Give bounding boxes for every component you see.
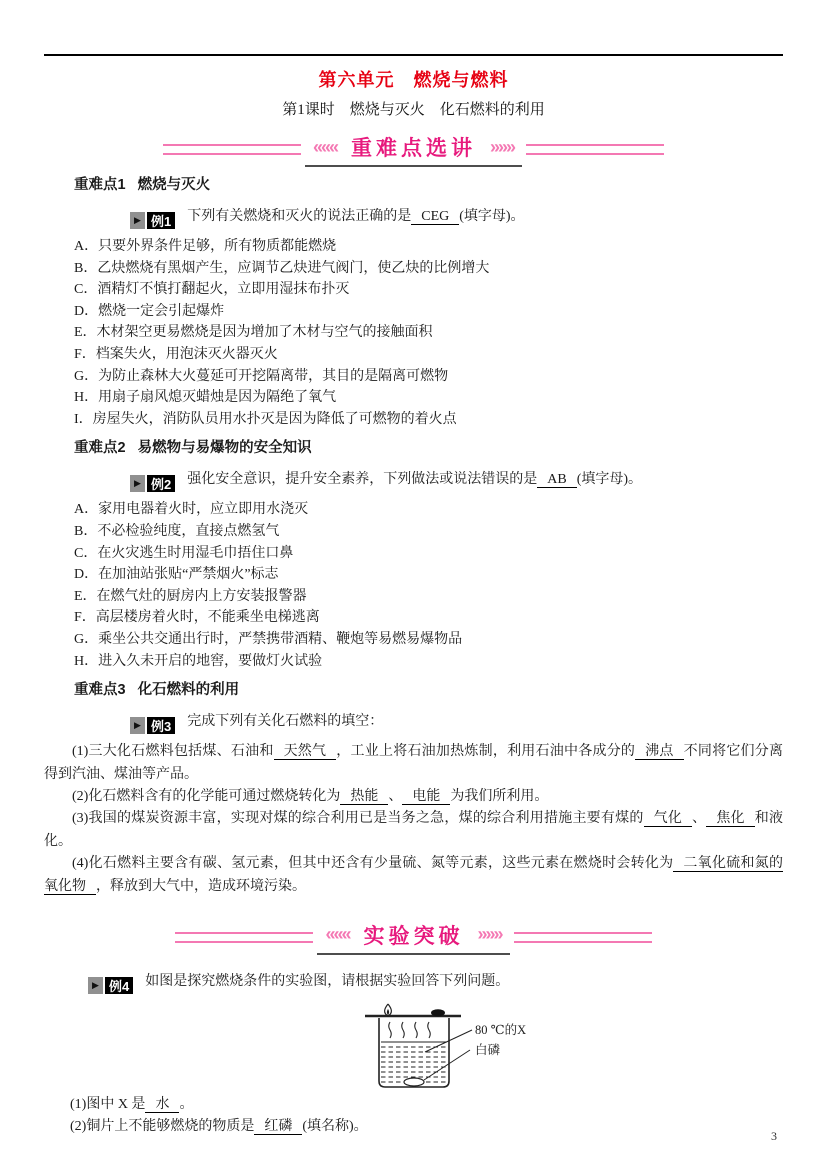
option-item: I．房屋失火，消防队员用水扑灭是因为降低了可燃物的着火点: [74, 409, 783, 431]
option-item: H．进入久未开启的地窖，要做灯火试验: [74, 651, 783, 673]
text-segment: (2)化石燃料含有的化学能可通过燃烧转化为: [72, 789, 340, 804]
option-item: B．乙炔燃烧有黑烟产生，应调节乙炔进气阀门，使乙炔的比例增大: [74, 258, 783, 280]
banner-line-left: [175, 932, 313, 943]
example2-badge: ▶例2: [130, 475, 175, 492]
example4-line: ▶例4如图是探究燃烧条件的实验图，请根据实验回答下列问题。: [44, 970, 783, 994]
banner-center: ««« 重难点选讲 »»»: [305, 132, 522, 167]
text-segment: 如图是探究燃烧条件的实验图，请根据实验回答下列问题。: [145, 974, 509, 989]
water-hatch: [381, 1047, 447, 1082]
example3-badge-label: 例3: [147, 717, 175, 734]
red-phosphorus-lump: [431, 1009, 445, 1016]
option-item: A．只要外界条件足够，所有物质都能燃烧: [74, 236, 783, 258]
option-item: C．酒精灯不慎打翻起火，立即用湿抹布扑灭: [74, 279, 783, 301]
play-arrow-icon: ▶: [130, 212, 145, 229]
worksheet-page: 第六单元 燃烧与燃料 第1课时 燃烧与灭火 化石燃料的利用 ««« 重难点选讲 …: [0, 0, 827, 1170]
answer-blank: 气化: [644, 811, 692, 827]
text-segment: 。: [179, 1097, 193, 1112]
option-item: G．为防止森林大火蔓延可开挖隔离带，其目的是隔离可燃物: [74, 366, 783, 388]
banner-line-right: [514, 932, 652, 943]
answer-blank: CEG: [411, 209, 459, 225]
answer-blank: 红磷: [254, 1119, 302, 1135]
example1-badge-label: 例1: [147, 212, 175, 229]
fill-paragraph-4: (4)化石燃料主要含有碳、氢元素，但其中还含有少量硫、氮等元素，这些元素在燃烧时…: [44, 853, 783, 898]
flame-core-icon: [387, 1009, 389, 1015]
fill-blank-paragraphs: (1)三大化石燃料包括煤、石油和天然气，工业上将石油加热炼制，利用石油中各成分的…: [44, 741, 783, 898]
example4-badge-label: 例4: [105, 977, 133, 994]
figure-white-phosphorus-label: 白磷: [475, 1042, 501, 1057]
option-item: E．在燃气灶的厨房内上方安装报警器: [74, 586, 783, 608]
fill-paragraph-2: (2)化石燃料含有的化学能可通过燃烧转化为热能、电能为我们所利用。: [44, 786, 783, 808]
option-item: G．乘坐公共交通出行时，严禁携带酒精、鞭炮等易燃易爆物品: [74, 629, 783, 651]
text-segment: 完成下列有关化石燃料的填空：: [187, 714, 383, 729]
text-segment: (2)铜片上不能够燃烧的物质是: [70, 1119, 254, 1134]
section3-title: 化石燃料的利用: [138, 682, 240, 698]
answer-blank: 水: [145, 1097, 179, 1113]
example3-badge: ▶例3: [130, 717, 175, 734]
steam-icon: [389, 1022, 392, 1038]
banner-key-points: ««« 重难点选讲 »»»: [44, 132, 783, 167]
banner1-title: 重难点选讲: [351, 132, 476, 162]
answer-blank: 天然气: [274, 744, 337, 760]
banner-line-right: [526, 144, 664, 155]
section1-title: 燃烧与灭火: [138, 177, 211, 193]
answer-blank: 焦化: [706, 811, 754, 827]
text-segment: 、: [388, 789, 402, 804]
example1-options: A．只要外界条件足够，所有物质都能燃烧B．乙炔燃烧有黑烟产生，应调节乙炔进气阀门…: [74, 236, 783, 430]
right-guillemets-icon: »»»: [478, 924, 502, 945]
option-item: D．燃烧一定会引起爆炸: [74, 301, 783, 323]
option-item: F．高层楼房着火时，不能乘坐电梯逃离: [74, 607, 783, 629]
text-segment: (4)化石燃料主要含有碳、氢元素，但其中还含有少量硫、氮等元素，这些元素在燃烧时…: [72, 856, 673, 871]
text-segment: 强化安全意识，提升安全素养，下列做法或说法错误的是: [187, 472, 537, 487]
steam-icon: [428, 1022, 431, 1038]
top-rule: [44, 54, 783, 56]
play-arrow-icon: ▶: [130, 717, 145, 734]
play-arrow-icon: ▶: [88, 977, 103, 994]
section3-heading: 重难点3化石燃料的利用: [74, 678, 783, 699]
fill-paragraph-1: (1)三大化石燃料包括煤、石油和天然气，工业上将石油加热炼制，利用石油中各成分的…: [44, 741, 783, 786]
page-number: 3: [771, 1129, 777, 1144]
text-segment: 、: [692, 811, 706, 826]
play-arrow-icon: ▶: [130, 475, 145, 492]
question-2: (2)铜片上不能够燃烧的物质是红磷(填名称)。: [70, 1116, 783, 1139]
section2-heading: 重难点2易燃物与易爆物的安全知识: [74, 436, 783, 457]
lesson-title: 第1课时 燃烧与灭火 化石燃料的利用: [44, 98, 783, 119]
answer-blank: 热能: [340, 789, 388, 805]
white-phosphorus-lump: [404, 1078, 424, 1086]
question-1: (1)图中 X 是水。: [70, 1094, 783, 1117]
option-item: B．不必检验纯度，直接点燃氢气: [74, 521, 783, 543]
banner2-title: 实验突破: [364, 920, 464, 950]
text-segment: (3)我国的煤炭资源丰富，实现对煤的综合利用已是当务之急，煤的综合利用措施主要有…: [72, 811, 644, 826]
experiment-figure: 80 ℃的X 白磷: [360, 1002, 783, 1094]
banner-center: ««« 实验突破 »»»: [317, 920, 509, 955]
option-item: D．在加油站张贴“严禁烟火”标志: [74, 564, 783, 586]
text-segment: 为我们所利用。: [450, 789, 548, 804]
option-item: H．用扇子扇风熄灭蜡烛是因为隔绝了氧气: [74, 387, 783, 409]
text-segment: (填字母)。: [577, 472, 642, 487]
text-segment: ，释放到大气中，造成环境污染。: [96, 879, 306, 894]
text-segment: (1)三大化石燃料包括煤、石油和: [72, 744, 274, 759]
example1-line: ▶例1下列有关燃烧和灭火的说法正确的是CEG(填字母)。: [44, 205, 783, 229]
example2-badge-label: 例2: [147, 475, 175, 492]
example3-line: ▶例3完成下列有关化石燃料的填空：: [44, 710, 783, 734]
steam-icon: [402, 1022, 405, 1038]
section3-label: 重难点3: [74, 682, 126, 698]
banner-experiment: ««« 实验突破 »»»: [44, 920, 783, 955]
answer-blank: 沸点: [635, 744, 683, 760]
unit-title: 第六单元 燃烧与燃料: [44, 66, 783, 92]
answer-blank: AB: [537, 472, 576, 488]
option-item: E．木材架空更易燃烧是因为增加了木材与空气的接触面积: [74, 322, 783, 344]
example2-options: A．家用电器着火时，应立即用水浇灭B．不必检验纯度，直接点燃氢气C．在火灾逃生时…: [74, 499, 783, 672]
left-guillemets-icon: «««: [313, 137, 337, 158]
section2-label: 重难点2: [74, 440, 126, 456]
label-pointer: [424, 1050, 470, 1080]
section1-heading: 重难点1燃烧与灭火: [74, 173, 783, 194]
figure-temp-label: 80 ℃的X: [475, 1023, 526, 1037]
beaker-diagram: 80 ℃的X 白磷: [360, 1002, 555, 1094]
text-segment: 下列有关燃烧和灭火的说法正确的是: [187, 209, 411, 224]
banner-line-left: [163, 144, 301, 155]
option-item: C．在火灾逃生时用湿毛巾捂住口鼻: [74, 543, 783, 565]
text-segment: ，工业上将石油加热炼制，利用石油中各成分的: [336, 744, 635, 759]
text-segment: (填字母)。: [459, 209, 524, 224]
section2-title: 易燃物与易爆物的安全知识: [138, 440, 312, 456]
answer-blank: 电能: [402, 789, 450, 805]
option-item: A．家用电器着火时，应立即用水浇灭: [74, 499, 783, 521]
section1-label: 重难点1: [74, 177, 126, 193]
steam-icon: [415, 1022, 418, 1038]
option-item: F．档案失火，用泡沫灭火器灭火: [74, 344, 783, 366]
example1-badge: ▶例1: [130, 212, 175, 229]
right-guillemets-icon: »»»: [490, 137, 514, 158]
text-segment: (填名称)。: [302, 1119, 367, 1134]
example2-line: ▶例2强化安全意识，提升安全素养，下列做法或说法错误的是AB(填字母)。: [44, 468, 783, 492]
left-guillemets-icon: «««: [325, 924, 349, 945]
fill-paragraph-3: (3)我国的煤炭资源丰富，实现对煤的综合利用已是当务之急，煤的综合利用措施主要有…: [44, 808, 783, 853]
text-segment: (1)图中 X 是: [70, 1097, 145, 1112]
example4-badge: ▶例4: [88, 977, 133, 994]
